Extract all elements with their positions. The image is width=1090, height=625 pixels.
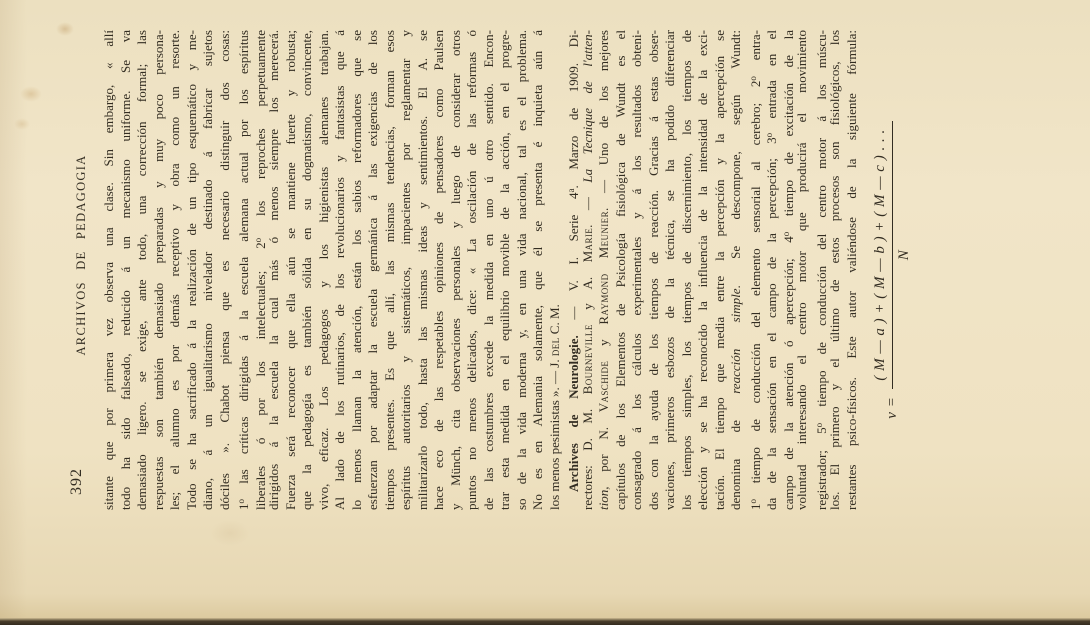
text-segment: elección y se ha reconocido la influenci… [695,30,710,510]
text-segment: capítulos de los Elementos de Psicología… [613,30,628,510]
text-segment: tion, [596,487,611,510]
text-segment: los tiempos simples, los tiempos de disc… [679,30,694,510]
text-line: espíritus autoritarios y sistemáticos, i… [398,30,415,510]
text-line: los. El primero y el último de estos pro… [827,30,844,510]
text-segment: y Münch, cita observaciones personales y… [448,30,463,510]
text-line: denomina de reacción simple. Se descompo… [728,30,745,510]
text-line: tación. El tiempo que media entre la per… [712,30,729,510]
text-line: 1o las críticas dirigidas á la escuela a… [233,30,250,510]
superscript-ordinal: o [236,499,246,504]
formula-fraction: ( M — a ) + ( M — b ) + ( M — c ) . . . … [872,121,913,388]
superscript-ordinal: a [566,189,576,193]
text-segment: de las costumbres excede la medida en un… [481,30,496,510]
text-line: respuestas son también demasiado prepara… [151,30,168,510]
text-line: Archives de Neurologie. — V. I. Serie 4a… [563,30,580,510]
superscript-ordinal: o [748,76,758,81]
text-line: elección y se ha reconocido la influenci… [695,30,712,510]
text-line: rectores: D. M. Bourneville y A. Marie. … [580,30,597,510]
text-line: dóciles ». Chabot piensa que es necesari… [217,30,234,510]
superscript-ordinal: o [764,133,774,138]
text-line: los menos pesimistas ». — J. del C. M. [547,30,564,510]
text-segment: diano, á un igualitarismo nivelador dest… [200,30,215,510]
text-segment: Vaschide [596,361,611,413]
superscript-ordinal: o [748,499,758,504]
text-segment: dirigidos á la escuela la cual más ó men… [266,30,281,510]
text-segment: los menos pesimistas ». — J. [547,356,562,510]
text-segment: las críticas dirigidas á la escuela alem… [236,30,251,499]
text-line: les; el alumno es por demás receptivo y … [167,30,184,510]
text-line: so de la vida moderna y, en una vida nac… [514,30,531,510]
text-line: dirigidos á la escuela la cual más ó men… [266,30,283,510]
text-line: consagrado á los cálculos experimentales… [629,30,646,510]
text-line: 1o tiempo de conducción del elemento sen… [745,30,762,510]
text-segment: C. M. [547,304,562,337]
text-line: que la pedagogía es también sólida en su… [299,30,316,510]
text-line: puntos no menos delicados, dice: « La os… [464,30,481,510]
text-line: No es en Alemania solamente, que él se p… [530,30,547,510]
text-segment: . Se descompone, según Wundt: [728,30,743,288]
text-segment: voluntad interesando el centro motor que… [794,30,809,510]
text-segment: La Tecnique de l'atten- [580,30,595,183]
text-segment: da de la sensación en el campo de la per… [764,137,779,510]
text-segment: demasiado ligero. se exige, ante todo, u… [134,30,149,510]
text-line: capítulos de los Elementos de Psicología… [613,30,630,510]
text-line: campo de la atención ó apercepción; 4o t… [778,30,795,510]
text-segment: 1 [236,504,251,511]
text-segment: so de la vida moderna y, en una vida nac… [514,30,529,510]
superscript-ordinal: o [814,423,824,428]
text-segment: . — [580,183,595,228]
text-segment: denomina de [728,394,743,510]
text-segment: dos con la ayuda de los tiempos de reacc… [646,30,661,510]
page-content: 392 ARCHIVOS DE PEDAGOGIA sitante que po… [0,0,1090,625]
text-segment: Todo se ha sacrificado á la realización … [184,30,199,510]
text-segment: vivo, eficaz. Los pedagogos y los higien… [316,30,331,510]
text-block: sitante que por primera vez observa una … [101,30,860,510]
text-segment: trar esta medida en el equilibrio movibl… [497,30,512,510]
text-line: esfuerzan por adaptar la escuela germáni… [365,30,382,510]
text-segment: rectores: D. M. [580,394,595,510]
text-line: tion, por N. Vaschide y Raymond Meunier.… [596,30,613,510]
text-line: y Münch, cita observaciones personales y… [448,30,465,510]
text-segment: tación. El tiempo que media entre la per… [712,30,727,510]
formula-lhs: v = [884,397,901,419]
text-segment: restantes psico-físicos. Este autor vali… [844,30,859,510]
text-line: registrador; 5o tiempo de conducción del… [811,30,828,510]
text-segment: Fuerza será reconocer que ella aún se ma… [283,30,298,510]
text-segment: consagrado á los cálculos experimentales… [629,30,644,510]
text-segment: Raymond Meunier [596,211,611,325]
text-line: restantes psico-físicos. Este autor vali… [844,30,861,510]
text-line: sitante que por primera vez observa una … [101,30,118,510]
text-line: lo menos llaman la atención, están los s… [349,30,366,510]
text-line: vivo, eficaz. Los pedagogos y los higien… [316,30,333,510]
text-segment: vaciones, primeros esbozos de la técnica… [662,30,677,510]
text-segment: lo menos llaman la atención, están los s… [349,30,364,510]
text-segment: esfuerzan por adaptar la escuela germáni… [365,30,380,510]
text-line: liberales ó por los intelectuales; 2o lo… [250,30,267,510]
text-segment: entrada en el [764,30,779,133]
text-line: Al lado de los rutinarios, de los revolu… [332,30,349,510]
text-line: hace eco de las respetables opiniones de… [431,30,448,510]
scanned-page: 392 ARCHIVOS DE PEDAGOGIA sitante que po… [0,0,1090,625]
superscript-ordinal: o [253,238,263,243]
text-segment: todo ha sido falseado, reducido á un mec… [118,30,133,510]
formula-denominator: N [893,121,913,388]
text-segment: reacción simple [728,288,743,393]
text-line: voluntad interesando el centro motor que… [794,30,811,510]
text-segment: Al lado de los rutinarios, de los revolu… [332,30,347,510]
text-line: tiempos presentes. Es que allí, las mism… [382,30,399,510]
text-segment: del [547,337,562,356]
text-line: da de la sensación en el campo de la per… [761,30,778,510]
text-line: trar esta medida en el equilibrio movibl… [497,30,514,510]
text-segment: les; el alumno es por demás receptivo y … [167,30,182,510]
text-line: diano, á un igualitarismo nivelador dest… [200,30,217,510]
text-segment: los. El primero y el último de estos pro… [827,30,842,510]
text-line: demasiado ligero. se exige, ante todo, u… [134,30,151,510]
text-segment: que la pedagogía es también sólida en su… [299,30,314,510]
text-line: de las costumbres excede la medida en un… [481,30,498,510]
text-segment: Marie [580,228,595,263]
text-line: militarizarlo todo, hasta las mismas ide… [415,30,432,510]
text-line: vaciones, primeros esbozos de la técnica… [662,30,679,510]
text-segment: puntos no menos delicados, dice: « La os… [464,30,479,510]
journal-title: ARCHIVOS DE PEDAGOGIA [74,15,89,495]
text-segment: . — Uno de los mejores [596,30,611,211]
text-segment: espíritus autoritarios y sistemáticos, i… [398,30,413,510]
text-segment: hace eco de las respetables opiniones de… [431,30,446,510]
text-segment: tiempos presentes. Es que allí, las mism… [382,30,397,510]
text-segment: No es en Alemania solamente, que él se p… [530,30,545,510]
text-segment: por N. [596,412,611,486]
text-line: Fuerza será reconocer que ella aún se ma… [283,30,300,510]
superscript-ordinal: o [781,232,791,237]
text-line: dos con la ayuda de los tiempos de reacc… [646,30,663,510]
text-segment: sitante que por primera vez observa una … [101,30,116,510]
text-line: los tiempos simples, los tiempos de disc… [679,30,696,510]
text-segment: y [596,325,611,361]
text-line: todo ha sido falseado, reducido á un mec… [118,30,135,510]
text-segment: y A. [580,262,595,324]
text-segment: respuestas son también demasiado prepara… [151,30,166,510]
reaction-time-formula: v = ( M — a ) + ( M — b ) + ( M — c ) . … [872,30,913,510]
text-segment: militarizarlo todo, hasta las mismas ide… [415,30,430,510]
text-segment: Bourneville [580,324,595,394]
text-line: Todo se ha sacrificado á la realización … [184,30,201,510]
scan-bottom-edge [0,618,1090,625]
formula-numerator: ( M — a ) + ( M — b ) + ( M — c ) . . . [872,121,893,388]
text-segment: dóciles ». Chabot piensa que es necesari… [217,30,232,510]
